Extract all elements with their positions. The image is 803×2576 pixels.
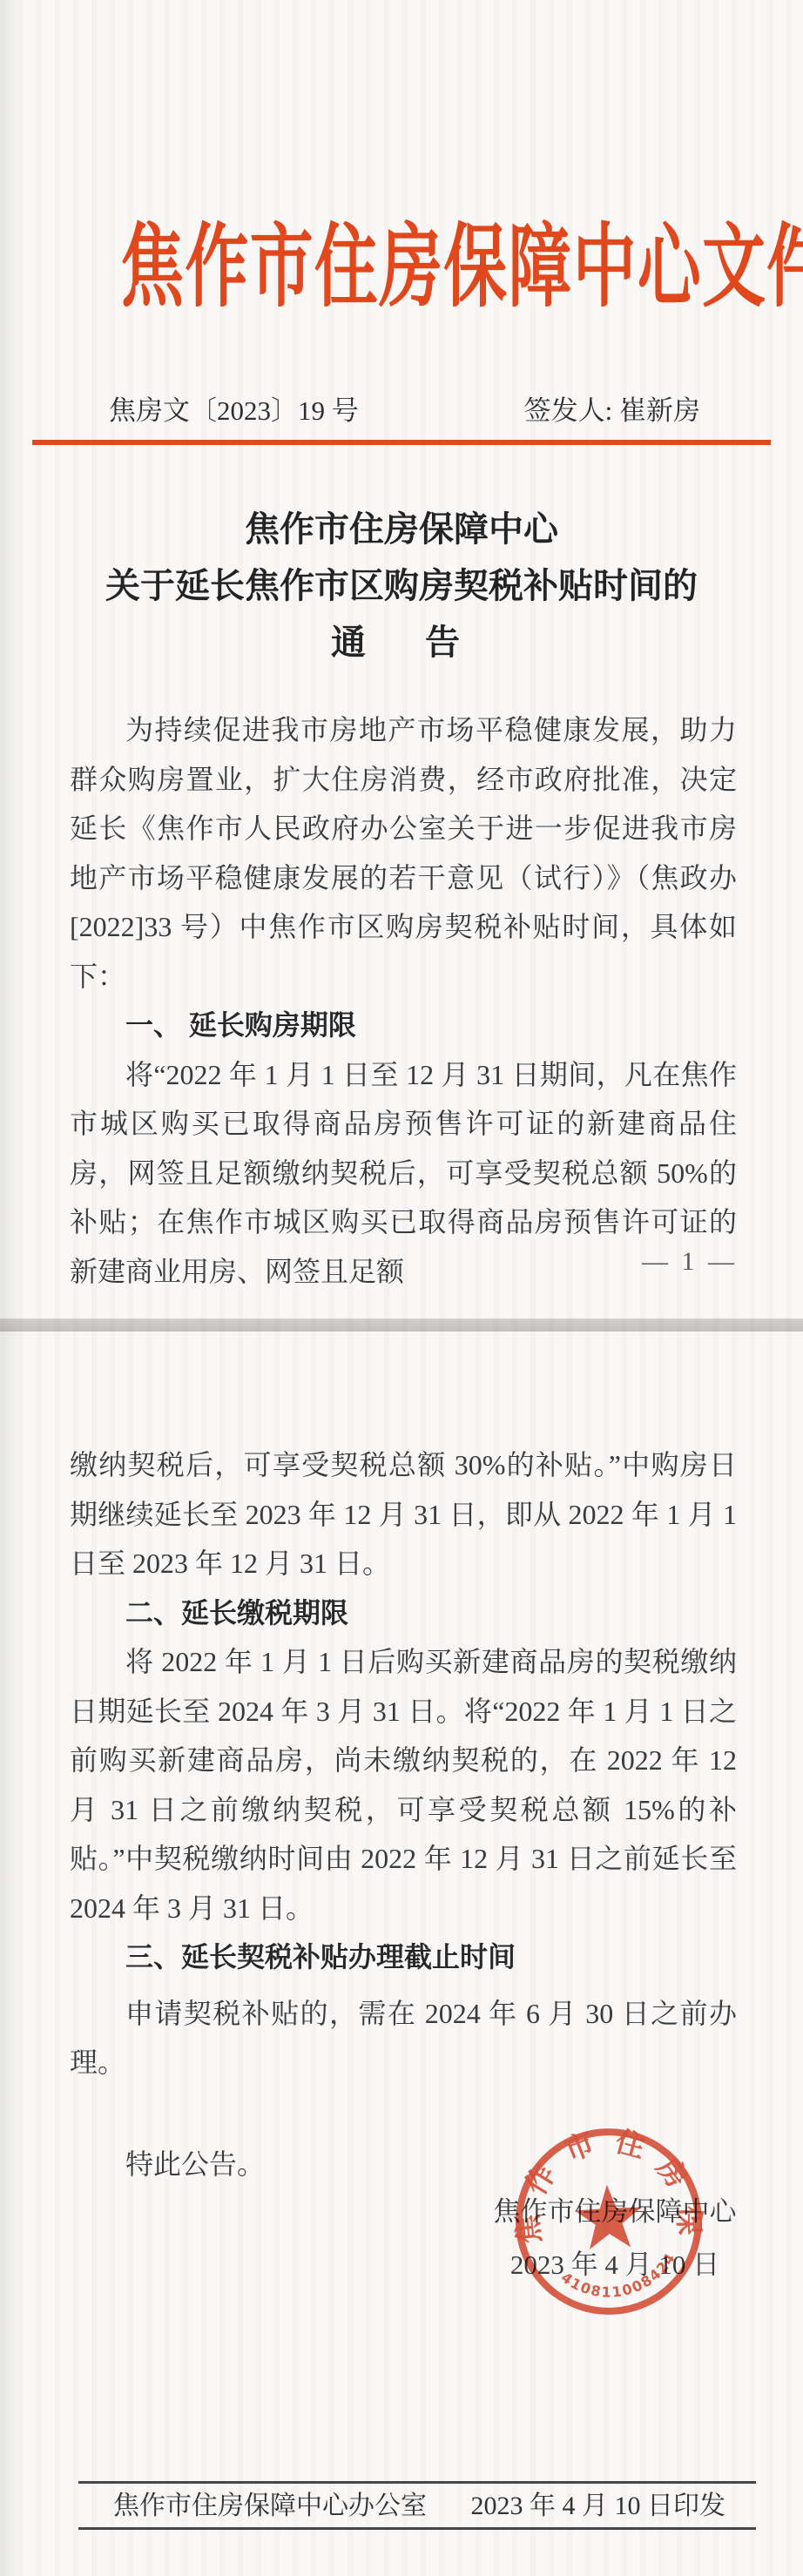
doc-number: 焦房文〔2023〕19 号: [109, 394, 359, 428]
intro-paragraph: 为持续促进我市房地产市场平稳健康发展，助力群众购房置业，扩大住房消费，经市政府批…: [70, 705, 737, 1001]
page-divider: [0, 1318, 803, 1332]
section-3-paragraph: 申请契税补贴的，需在 2024 年 6 月 30 日之前办理。: [70, 1989, 737, 2087]
footer-bottom-rule: [78, 2527, 756, 2530]
scanned-document: 焦作市住房保障中心文件 焦房文〔2023〕19 号 签发人: 崔新房 焦作市住房…: [0, 0, 803, 2576]
letterhead-title: 焦作市住房保障中心文件: [120, 193, 682, 324]
page-1-number: — 1 —: [642, 1247, 738, 1277]
footer-print-date: 2023 年 4 月 10 日印发: [471, 2487, 726, 2525]
red-separator-rule: [32, 440, 771, 445]
section-1-paragraph: 将“2022 年 1 月 1 日至 12 月 31 日期间，凡在焦作市城区购买已…: [70, 1050, 737, 1297]
section-1-heading: 一、 延长购房期限: [70, 1001, 737, 1050]
notice-title-subject: 关于延长焦作市区购房契税补贴时间的: [0, 557, 803, 614]
notice-title-org: 焦作市住房保障中心: [0, 501, 803, 557]
continuation-paragraph: 缴纳契税后，可享受契税总额 30%的补贴。”中购房日期继续延长至 2023 年 …: [70, 1440, 737, 1588]
section-2-paragraph: 将 2022 年 1 月 1 日后购买新建商品房的契税缴纳日期延长至 2024 …: [70, 1637, 737, 1932]
notice-title: 焦作市住房保障中心 关于延长焦作市区购房契税补贴时间的 通 告: [0, 501, 803, 671]
section-3-heading: 三、延长契税补贴办理截止时间: [70, 1932, 737, 1982]
seal-star-icon: [574, 2183, 644, 2250]
footer-row: 焦作市住房保障中心办公室 2023 年 4 月 10 日印发: [78, 2487, 756, 2525]
footer-top-rule: [78, 2481, 756, 2484]
footer-office-name: 焦作市住房保障中心办公室: [113, 2487, 427, 2525]
section-2-heading: 二、延长缴税期限: [70, 1588, 737, 1638]
page1-body: 为持续促进我市房地产市场平稳健康发展，助力群众购房置业，扩大住房消费，经市政府批…: [70, 705, 737, 1296]
notice-title-type: 通 告: [0, 614, 803, 671]
official-seal: 焦作市住房保障中心 4108110084241: [503, 2116, 714, 2327]
doc-number-row: 焦房文〔2023〕19 号 签发人: 崔新房: [109, 394, 700, 428]
signer: 签发人: 崔新房: [524, 394, 700, 428]
page2-body: 缴纳契税后，可享受契税总额 30%的补贴。”中购房日期继续延长至 2023 年 …: [70, 1440, 737, 2188]
